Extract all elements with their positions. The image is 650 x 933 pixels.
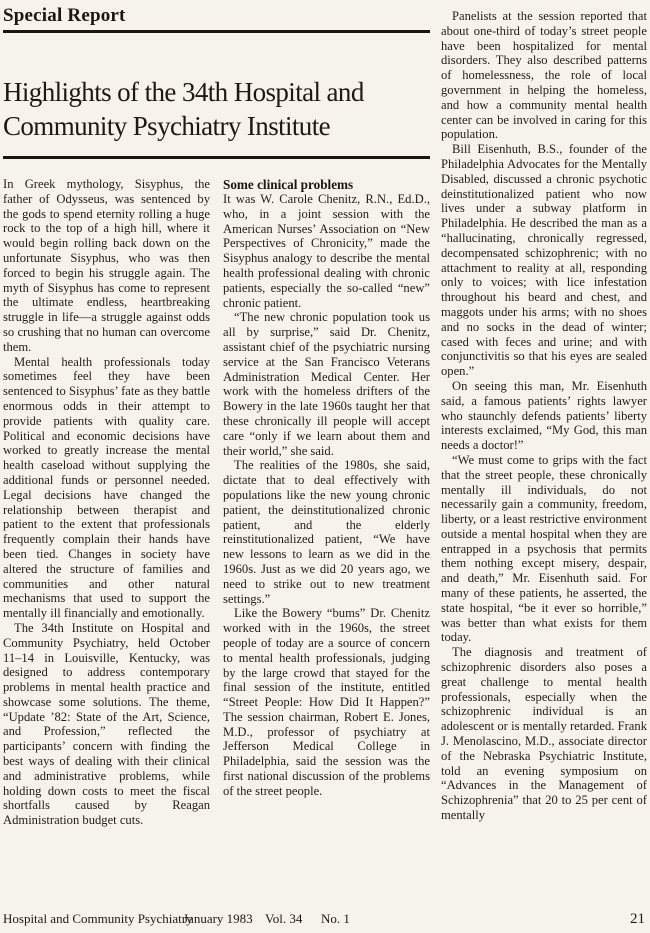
paragraph: The realities of the 1980s, she said, di… — [223, 458, 430, 606]
issue-date: January 1983 — [183, 911, 253, 927]
paragraph: The diagnosis and treatment of schizophr… — [441, 645, 647, 823]
page-body: Special Report Highlights of the 34th Ho… — [3, 4, 647, 908]
headline-and-columns: Special Report Highlights of the 34th Ho… — [3, 4, 430, 889]
paragraph: Panelists at the session reported that a… — [441, 9, 647, 142]
issue-number-label: No. 1 — [321, 911, 350, 927]
paragraph: On seeing this man, Mr. Eisenhuth said, … — [441, 379, 647, 453]
article-title: Highlights of the 34th Hospital andCommu… — [3, 76, 430, 143]
column-3: Panelists at the session reported that a… — [441, 4, 647, 908]
article-title-line2: Community Psychiatry Institute — [3, 111, 330, 141]
column-1: In Greek mythology, Sisyphus, the father… — [3, 177, 210, 889]
paragraph: Like the Bowery “bums” Dr. Chenitz worke… — [223, 606, 430, 798]
paragraph: “We must come to grips with the fact tha… — [441, 453, 647, 645]
paragraph: The 34th Institute on Hospital and Commu… — [3, 621, 210, 828]
page-number: 21 — [630, 911, 645, 928]
paragraph: It was W. Carole Chenitz, R.N., Ed.D., w… — [223, 192, 430, 310]
column-2: Some clinical problems It was W. Carole … — [223, 177, 430, 889]
text-columns: In Greek mythology, Sisyphus, the father… — [3, 177, 430, 889]
section-kicker: Special Report — [3, 4, 430, 27]
article-title-line1: Highlights of the 34th Hospital and — [3, 77, 364, 107]
paragraph: In Greek mythology, Sisyphus, the father… — [3, 177, 210, 355]
journal-name: Hospital and Community Psychiatry — [3, 911, 193, 927]
section-heading: Some clinical problems — [223, 177, 430, 192]
paragraph: “The new chronic population took us all … — [223, 310, 430, 458]
title-rule — [3, 156, 430, 159]
page-footer: Hospital and Community Psychiatry Januar… — [3, 911, 645, 928]
paragraph: Bill Eisenhuth, B.S., founder of the Phi… — [441, 142, 647, 379]
volume-label: Vol. 34 — [265, 911, 302, 927]
journal-page: Special Report Highlights of the 34th Ho… — [0, 0, 650, 933]
kicker-rule — [3, 30, 430, 33]
paragraph: Mental health professionals today someti… — [3, 355, 210, 621]
